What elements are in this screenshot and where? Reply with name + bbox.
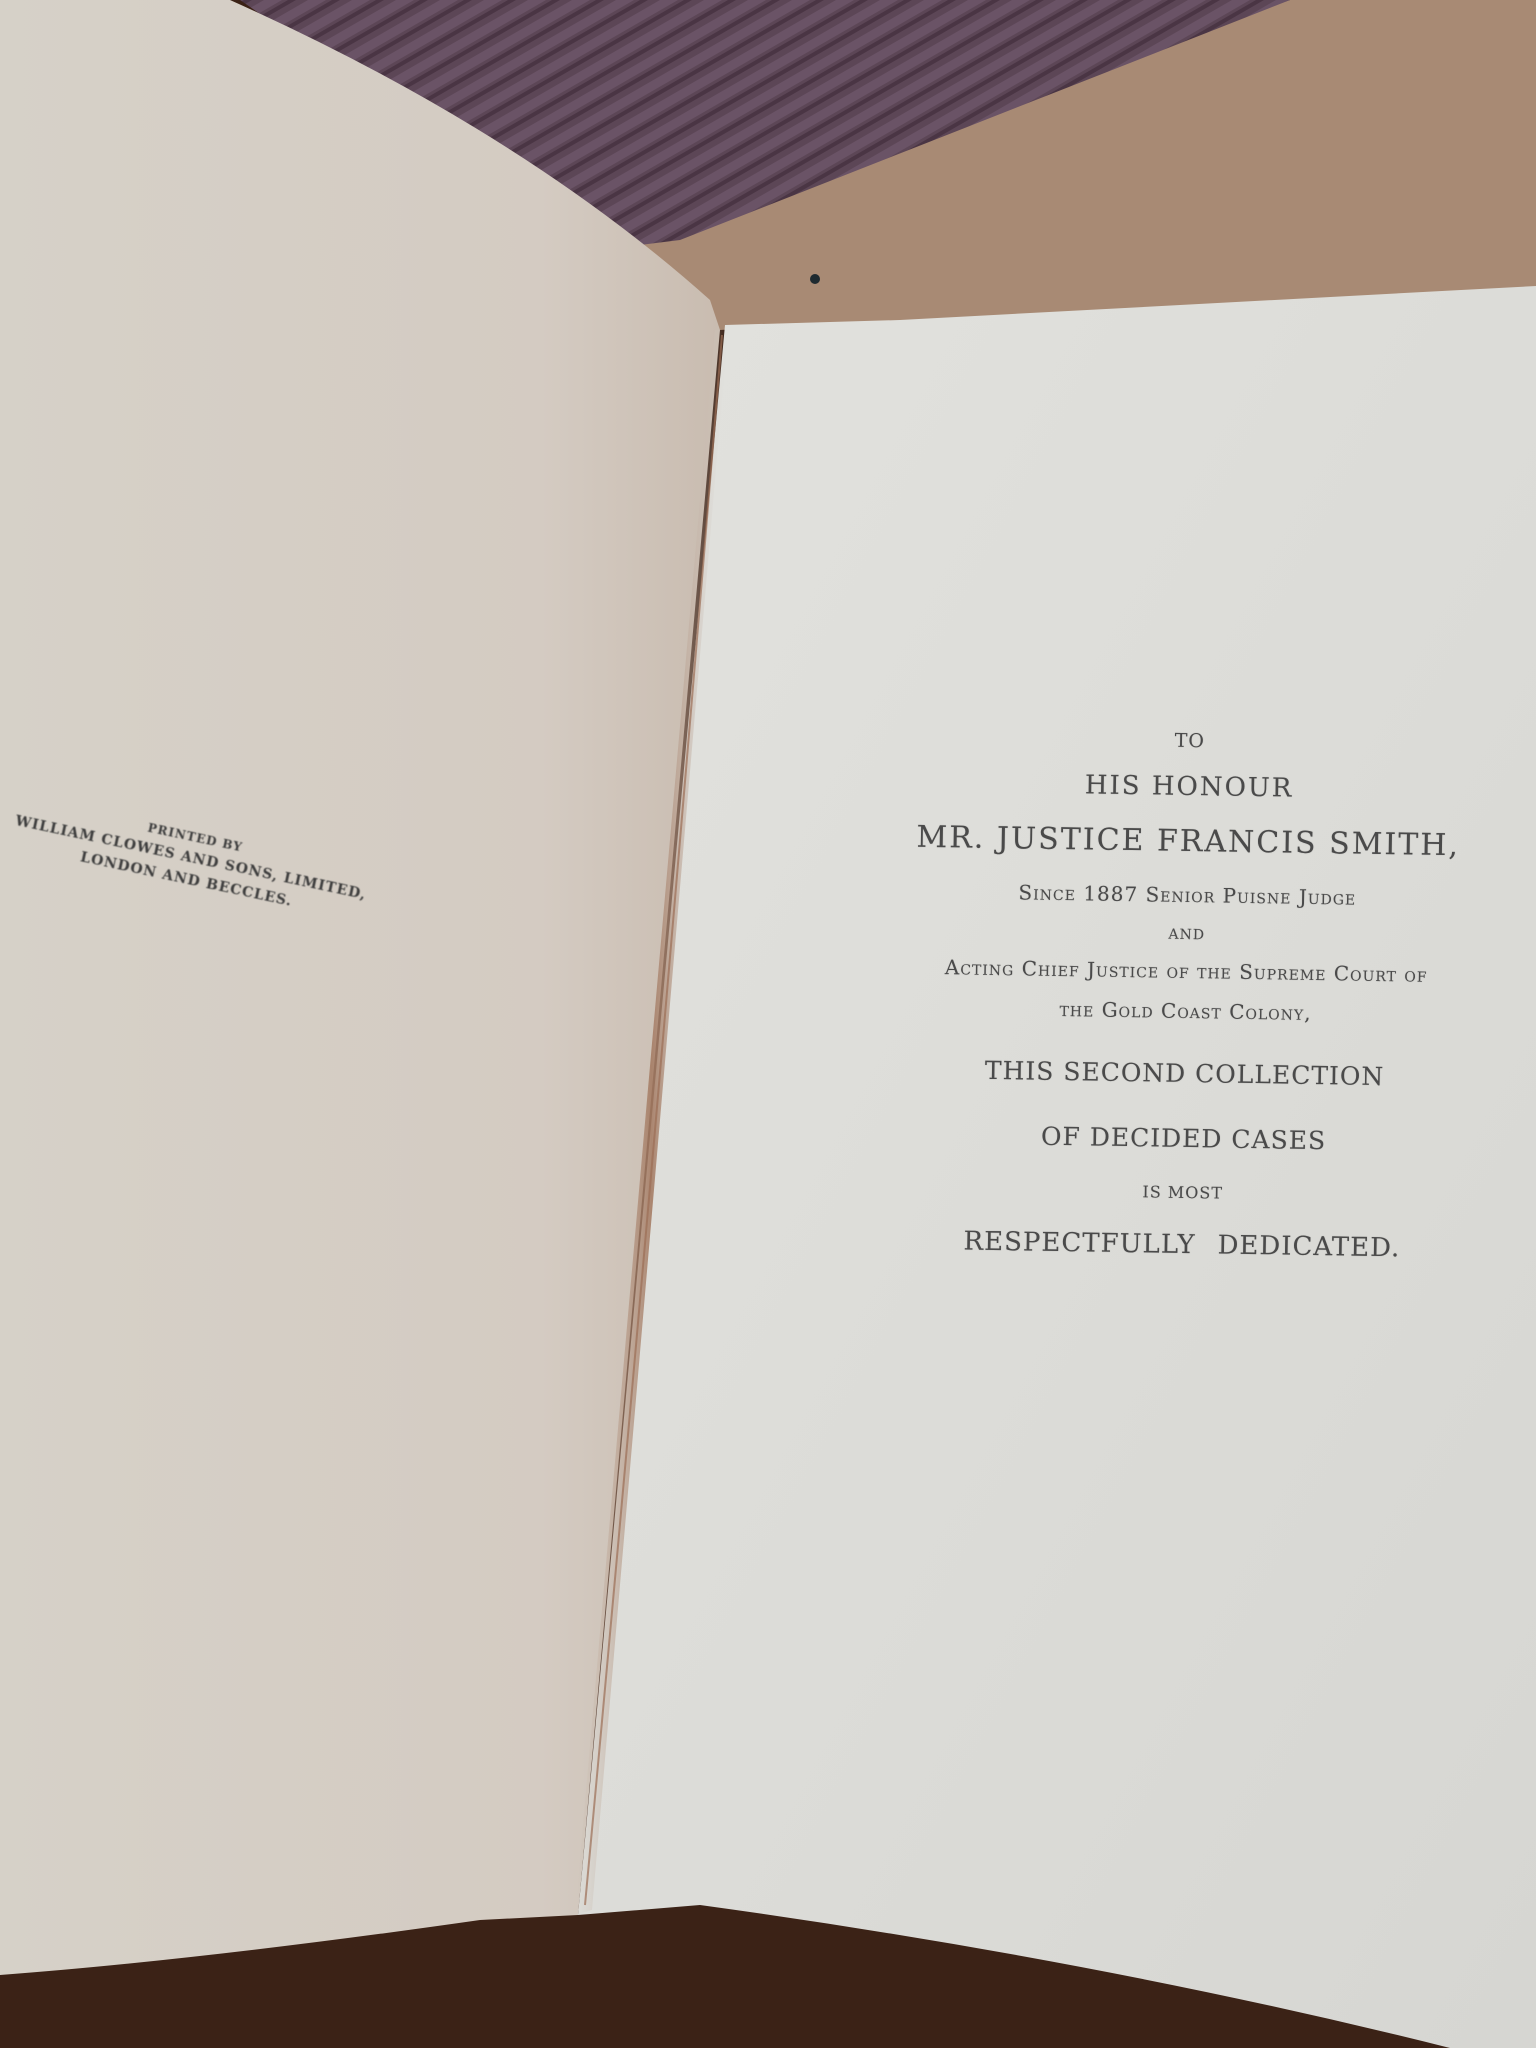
dedication-name: MR. JUSTICE FRANCIS SMITH, (858, 819, 1518, 864)
dedication-is-most: IS MOST (853, 1178, 1513, 1207)
cardboard-speck (810, 274, 820, 284)
dedication-cases: OF DECIDED CASES (853, 1119, 1513, 1158)
dedication-respectfully: RESPECTFULLY (963, 1227, 1196, 1261)
dedication-dedicated: DEDICATED. (1217, 1230, 1400, 1263)
dedication-his-honour: HIS HONOUR (859, 767, 1519, 807)
dedication-collection: THIS SECOND COLLECTION (854, 1054, 1514, 1093)
dedication-and: AND (857, 922, 1517, 948)
dedication-colony: the Gold Coast Colony, (855, 994, 1515, 1028)
dedication-since: Since 1887 Senior Puisne Judge (857, 878, 1517, 912)
dedication-acting-title: Acting Chief Justice of the Supreme Cour… (856, 954, 1516, 988)
dedication-block: TO HIS HONOUR MR. JUSTICE FRANCIS SMITH,… (852, 725, 1520, 1265)
